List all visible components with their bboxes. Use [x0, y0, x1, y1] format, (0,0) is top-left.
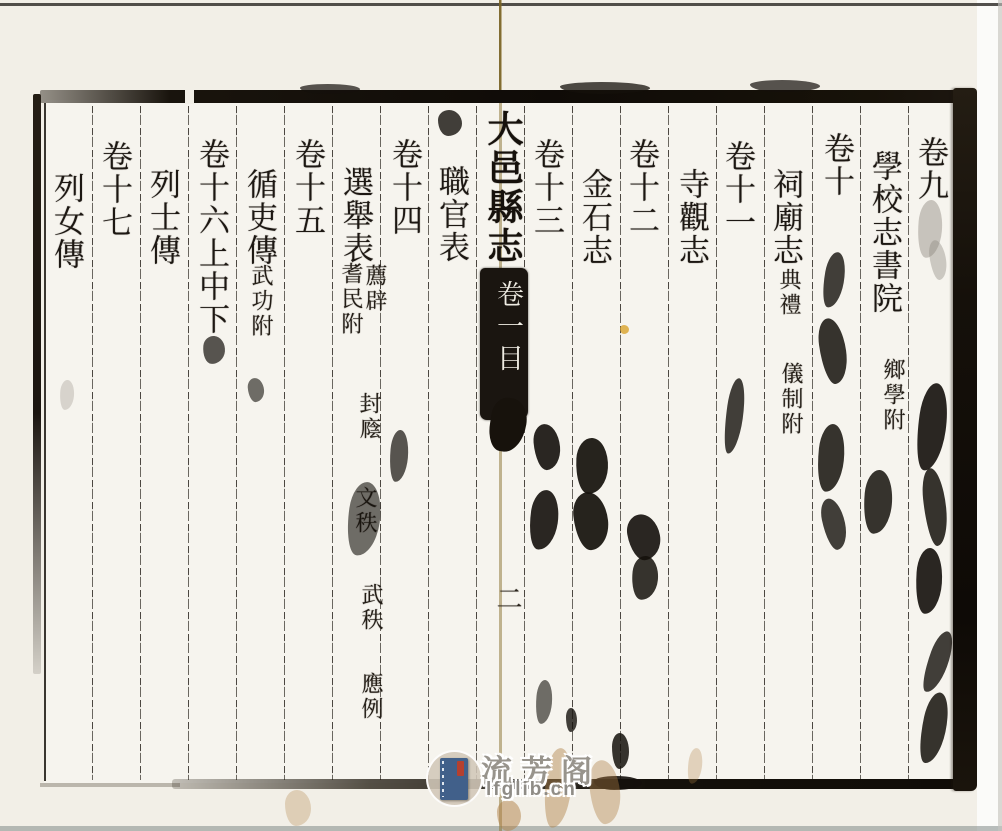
toc-section-note: 應例	[360, 672, 382, 722]
scan-right-margin	[977, 0, 998, 831]
toc-section-note: 典禮	[778, 268, 800, 318]
toc-volume-label: 卷十六上中下	[196, 138, 227, 336]
toc-section-note: 耆民附	[340, 262, 362, 337]
toc-section-title: 學校志書院	[869, 150, 900, 315]
column-rule-line	[668, 106, 669, 780]
column-rule-line	[908, 106, 909, 780]
column-rule-line	[428, 106, 429, 780]
column-rule-line	[188, 106, 189, 780]
scanned-page: 卷九 學校志書院 鄉學附 卷十 祠廟志 典禮 儀制附 卷十一 寺觀志 卷十二 金…	[0, 0, 1002, 831]
frame-border-bottom-faint	[40, 783, 180, 787]
frame-border-left-inner	[44, 103, 46, 781]
fold-block-label: 卷一目	[489, 280, 528, 376]
column-rule-line	[860, 106, 861, 780]
column-rule-line	[236, 106, 237, 780]
column-rule-line	[572, 106, 573, 780]
toc-section-title: 金石志	[579, 168, 610, 267]
toc-section-title: 職官表	[436, 165, 467, 264]
toc-section-title: 祠廟志	[770, 168, 801, 267]
toc-section-note: 儀制附	[780, 362, 802, 437]
toc-section-title: 列女傳	[51, 172, 82, 271]
toc-volume-label: 卷九	[915, 136, 946, 202]
toc-section-note: 武秩	[360, 583, 382, 633]
column-rule-line	[284, 106, 285, 780]
column-rule-line	[140, 106, 141, 780]
toc-section-note: 封廕	[358, 392, 380, 442]
column-rule-line	[92, 106, 93, 780]
toc-section-note: 武功附	[250, 264, 272, 339]
toc-volume-label: 卷十七	[99, 140, 130, 239]
frame-border-right	[953, 88, 977, 791]
fold-black-block: 卷一目	[480, 268, 528, 420]
toc-section-title: 循吏傳	[244, 168, 275, 267]
column-rule-line	[716, 106, 717, 780]
book-title: 大邑縣志	[478, 110, 529, 266]
toc-volume-label: 卷十一	[722, 140, 753, 239]
column-rule-line	[620, 106, 621, 780]
frame-border-top-gap	[185, 88, 194, 104]
toc-section-title: 寺觀志	[676, 168, 707, 267]
toc-section-note: 鄉學附	[882, 358, 904, 433]
column-rule-line	[812, 106, 813, 780]
toc-section-note: 薦辟	[364, 264, 386, 314]
toc-volume-label: 卷十四	[389, 138, 420, 237]
frame-border-top	[40, 90, 965, 103]
toc-volume-label: 卷十三	[531, 138, 562, 237]
toc-volume-label: 卷十五	[292, 138, 323, 237]
column-rule-line	[476, 106, 477, 780]
fold-crease-line-top	[499, 0, 501, 102]
toc-section-title: 列士傳	[147, 168, 178, 267]
leaf-page-number: 二	[489, 585, 526, 613]
ink-stain	[285, 790, 311, 826]
toc-volume-label: 卷十二	[626, 138, 657, 237]
column-rule-line	[764, 106, 765, 780]
frame-border-left	[33, 94, 41, 674]
column-rule-line	[332, 106, 333, 780]
toc-section-title: 選舉表	[340, 166, 371, 265]
toc-volume-label: 卷十	[821, 132, 852, 198]
scan-right-edge	[998, 0, 1002, 831]
